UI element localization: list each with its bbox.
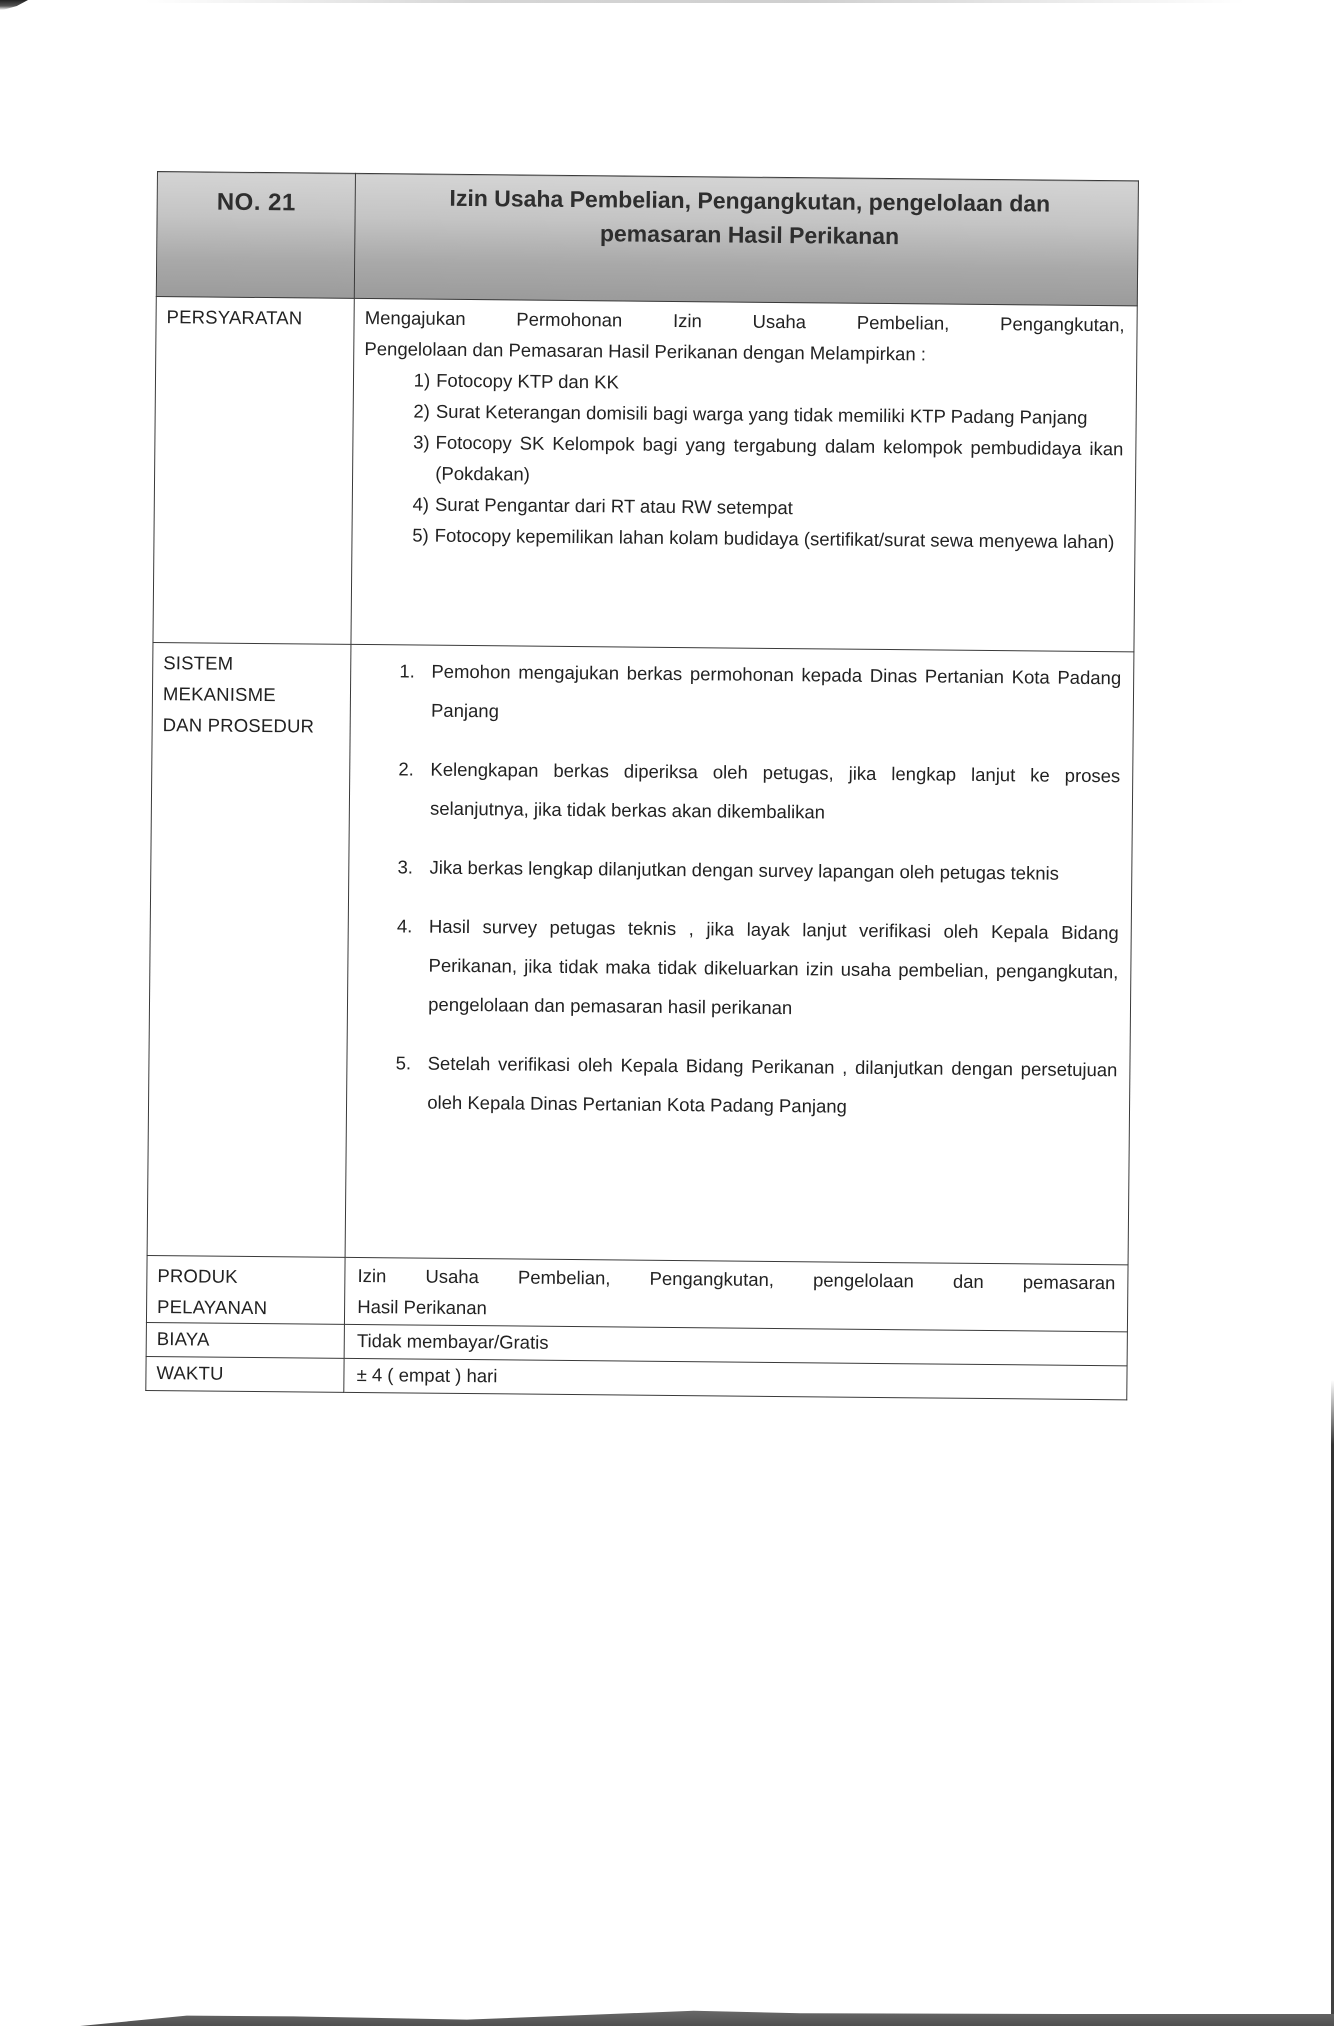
row-label-waktu: WAKTU bbox=[146, 1356, 345, 1392]
step-text: Kelengkapan berkas diperiksa oleh petuga… bbox=[430, 759, 1120, 823]
scan-top-edge bbox=[145, 0, 1245, 3]
step-number: 1. bbox=[399, 651, 415, 690]
product-value-line2: Hasil Perikanan bbox=[357, 1296, 487, 1318]
list-item-number: 1) bbox=[400, 364, 430, 395]
duration-value: ± 4 ( empat ) hari bbox=[344, 1358, 1127, 1400]
row-label-biaya: BIAYA bbox=[146, 1322, 345, 1358]
row-label-line: MEKANISME bbox=[163, 683, 276, 705]
scan-bottom-edge bbox=[0, 2010, 1334, 2026]
procedure-step: 4.Hasil survey petugas teknis , jika lay… bbox=[396, 906, 1119, 1030]
list-item-text: Surat Keterangan domisili bagi warga yan… bbox=[436, 401, 1088, 428]
row-label-line: PRODUK bbox=[157, 1265, 238, 1287]
step-text: Jika berkas lengkap dilanjutkan dengan s… bbox=[429, 857, 1059, 884]
row-label-sistem: SISTEM MEKANISME DAN PROSEDUR bbox=[147, 642, 351, 1257]
row-label-line: SISTEM bbox=[163, 652, 233, 674]
row-label-line: DAN PROSEDUR bbox=[163, 714, 315, 736]
procedure-steps: 1.Pemohon mengajukan berkas permohonan k… bbox=[395, 651, 1121, 1128]
list-item: 3)Fotocopy SK Kelompok bagi yang tergabu… bbox=[399, 426, 1123, 495]
step-number: 3. bbox=[397, 847, 413, 886]
step-text: Pemohon mengajukan berkas permohonan kep… bbox=[431, 661, 1121, 722]
table-row-persyaratan: PERSYARATAN Mengajukan Permohonan Izin U… bbox=[153, 296, 1137, 651]
procedure-step: 2.Kelengkapan berkas diperiksa oleh petu… bbox=[398, 749, 1121, 834]
service-title: Izin Usaha Pembelian, Pengangkutan, peng… bbox=[354, 173, 1138, 306]
list-item-text: Fotocopy KTP dan KK bbox=[436, 370, 619, 393]
step-number: 2. bbox=[398, 749, 414, 788]
scanned-page: NO. 21 Izin Usaha Pembelian, Pengangkuta… bbox=[0, 0, 1334, 2026]
service-number: NO. 21 bbox=[156, 172, 355, 299]
table-row-produk: PRODUK PELAYANAN Izin Usaha Pembelian, P… bbox=[146, 1255, 1128, 1331]
list-item-text: Surat Pengantar dari RT atau RW setempat bbox=[435, 494, 793, 518]
service-title-line1: Izin Usaha Pembelian, Pengangkutan, peng… bbox=[449, 185, 1050, 217]
product-value: Izin Usaha Pembelian, Pengangkutan, peng… bbox=[345, 1257, 1128, 1332]
step-number: 4. bbox=[397, 906, 413, 945]
requirements-list: 1)Fotocopy KTP dan KK 2)Surat Keterangan… bbox=[363, 364, 1125, 557]
service-info-table: NO. 21 Izin Usaha Pembelian, Pengangkuta… bbox=[145, 171, 1139, 1400]
procedure-step: 3.Jika berkas lengkap dilanjutkan dengan… bbox=[397, 847, 1119, 893]
procedure-cell: 1.Pemohon mengajukan berkas permohonan k… bbox=[345, 644, 1134, 1264]
requirements-intro-line1: Mengajukan Permohonan Izin Usaha Pembeli… bbox=[365, 302, 1125, 340]
list-item-number: 5) bbox=[399, 519, 429, 550]
product-value-line1: Izin Usaha Pembelian, Pengangkutan, peng… bbox=[357, 1260, 1115, 1298]
list-item-number: 4) bbox=[399, 488, 429, 519]
requirements-intro: Mengajukan Permohonan Izin Usaha Pembeli… bbox=[364, 302, 1124, 371]
list-item-text: Fotocopy SK Kelompok bagi yang tergabung… bbox=[435, 432, 1123, 485]
table-header-row: NO. 21 Izin Usaha Pembelian, Pengangkuta… bbox=[156, 172, 1138, 306]
procedure-step: 1.Pemohon mengajukan berkas permohonan k… bbox=[399, 651, 1122, 736]
list-item-number: 3) bbox=[399, 426, 429, 457]
procedure-step: 5.Setelah verifikasi oleh Kepala Bidang … bbox=[395, 1043, 1118, 1128]
list-item-number: 2) bbox=[400, 395, 430, 426]
step-number: 5. bbox=[395, 1043, 411, 1082]
row-label-persyaratan: PERSYARATAN bbox=[153, 296, 354, 644]
list-item-text: Fotocopy kepemilikan lahan kolam budiday… bbox=[435, 525, 1115, 553]
requirements-intro-line2: Pengelolaan dan Pemasaran Hasil Perikana… bbox=[364, 338, 926, 364]
step-text: Setelah verifikasi oleh Kepala Bidang Pe… bbox=[427, 1053, 1117, 1117]
scan-corner-artifact bbox=[0, 0, 28, 10]
list-item: 5)Fotocopy kepemilikan lahan kolam budid… bbox=[399, 519, 1123, 557]
service-title-line2: pemasaran Hasil Perikanan bbox=[600, 220, 899, 249]
step-text: Hasil survey petugas teknis , jika layak… bbox=[428, 916, 1119, 1018]
row-label-line: PELAYANAN bbox=[157, 1296, 267, 1318]
row-label-produk: PRODUK PELAYANAN bbox=[146, 1255, 345, 1324]
table-row-sistem: SISTEM MEKANISME DAN PROSEDUR 1.Pemohon … bbox=[147, 642, 1134, 1264]
requirements-cell: Mengajukan Permohonan Izin Usaha Pembeli… bbox=[351, 298, 1137, 651]
